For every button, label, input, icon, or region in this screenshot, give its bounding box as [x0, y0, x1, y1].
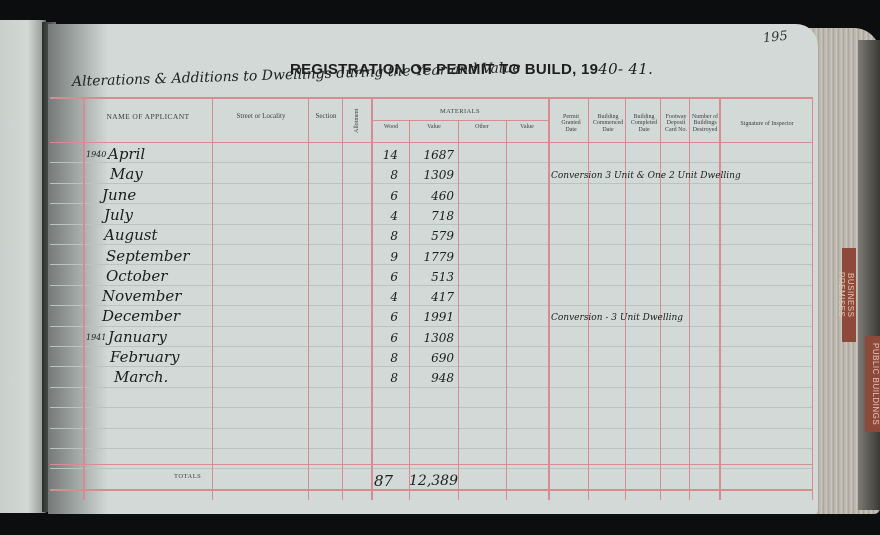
red-column-line: [342, 97, 343, 500]
red-column-line: [812, 97, 813, 500]
row-month: September: [106, 247, 190, 265]
row-wood-count: 8: [376, 229, 398, 243]
rule-line: [50, 387, 812, 388]
rule-line: [50, 366, 812, 367]
rule-line: [50, 244, 812, 245]
header-wood: Wood: [372, 124, 410, 130]
row-wood-value: 579: [414, 229, 454, 243]
rule-line: [50, 407, 812, 408]
row-wood-value: 718: [414, 209, 454, 223]
row-wood-count: 4: [376, 209, 398, 223]
row-month: November: [102, 287, 181, 305]
red-column-line: [660, 97, 661, 500]
header-building-completed-date: Building Completed Date: [627, 114, 661, 133]
row-month: August: [104, 226, 157, 244]
rule-line: [50, 305, 812, 306]
row-month: April: [108, 145, 145, 163]
rule-line: [50, 428, 812, 429]
row-wood-count: 14: [376, 148, 398, 162]
row-wood-count: 6: [376, 331, 398, 345]
row-note: Conversion 3 Unit & One 2 Unit Dwelling: [551, 171, 741, 181]
red-column-line: [588, 97, 589, 500]
row-wood-value: 513: [414, 270, 454, 284]
row-wood-value: 1309: [414, 168, 454, 182]
red-rule-line: [50, 97, 812, 99]
row-wood-value: 417: [414, 290, 454, 304]
row-wood-count: 8: [376, 168, 398, 182]
red-column-line: [83, 97, 85, 500]
red-column-line: [719, 97, 721, 500]
header-permit-granted-date: Permit Granted Date: [556, 114, 586, 133]
index-tab-business-premises[interactable]: BUSINESS PREMISES: [842, 248, 856, 342]
red-column-line: [625, 97, 626, 500]
row-wood-count: 6: [376, 270, 398, 284]
red-rule-line: [50, 489, 812, 491]
row-wood-count: 6: [376, 310, 398, 324]
total-wood: 87: [374, 472, 393, 490]
red-column-line: [689, 97, 690, 500]
row-year: 1940: [86, 150, 106, 159]
red-column-line: [506, 120, 507, 500]
row-wood-value: 1779: [414, 250, 454, 264]
row-wood-value: 948: [414, 371, 454, 385]
row-wood-count: 8: [376, 351, 398, 365]
header-number-of-buildings-destroyed: Number of Buildings Destroyed: [690, 114, 720, 133]
red-column-line: [458, 120, 459, 500]
row-wood-value: 460: [414, 189, 454, 203]
row-wood-count: 9: [376, 250, 398, 264]
row-month: May: [110, 165, 143, 183]
header-section: Section: [310, 113, 342, 120]
header-signature-of-inspector: Signature of Inspector: [722, 121, 812, 127]
red-column-line: [212, 97, 213, 500]
row-wood-count: 8: [376, 371, 398, 385]
header-allotment: Allotment: [354, 104, 360, 138]
page-edges-shadow: [858, 40, 880, 510]
red-rule-line: [50, 142, 812, 143]
index-tab-public-buildings[interactable]: PUBLIC BUILDINGS: [865, 336, 880, 432]
page-number: 195: [762, 29, 788, 47]
row-wood-value: 1687: [414, 148, 454, 162]
total-value: 12,389: [409, 473, 458, 489]
header-street-or-locality: Street or Locality: [214, 113, 308, 120]
rule-line: [50, 264, 812, 265]
row-month: December: [102, 307, 180, 325]
row-wood-value: 690: [414, 351, 454, 365]
row-wood-value: 1991: [414, 310, 454, 324]
row-note: Conversion - 3 Unit Dwelling: [551, 313, 683, 323]
totals-label: TOTALS: [174, 473, 201, 480]
rule-line: [50, 285, 812, 286]
row-month: June: [102, 186, 136, 204]
row-wood-count: 4: [376, 290, 398, 304]
row-month: March.: [114, 368, 168, 386]
left-page: [0, 20, 46, 513]
red-column-line: [371, 97, 373, 500]
rule-line: [50, 203, 812, 204]
red-column-line: [548, 97, 550, 500]
header-name-of-applicant: NAME OF APPLICANT: [84, 113, 212, 121]
header-wood-value: Value: [410, 124, 458, 130]
rule-line: [50, 448, 812, 449]
red-column-line: [409, 120, 410, 500]
rule-line: [50, 326, 812, 327]
row-year: 1941: [86, 333, 106, 342]
rule-line: [50, 468, 812, 469]
red-rule-line: [50, 464, 812, 465]
rule-line: [50, 346, 812, 347]
rule-line: [50, 162, 812, 163]
rule-line: [50, 224, 812, 225]
title-year: 40- 41.: [598, 60, 653, 78]
header-other: Other: [458, 124, 506, 130]
header-materials: MATERIALS: [372, 109, 548, 116]
rule-line: [50, 183, 812, 184]
row-month: February: [110, 348, 180, 366]
materials-divider: [372, 120, 548, 121]
row-wood-value: 1308: [414, 331, 454, 345]
row-month: July: [104, 206, 133, 224]
row-month: October: [106, 267, 167, 285]
row-wood-count: 6: [376, 189, 398, 203]
header-footway-deposit-card-no: Footway Deposit Card No.: [662, 114, 690, 133]
row-month: January: [108, 328, 167, 346]
header-building-commenced-date: Building Commenced Date: [590, 114, 626, 133]
header-other-value: Value: [506, 124, 548, 130]
red-column-line: [308, 97, 309, 500]
